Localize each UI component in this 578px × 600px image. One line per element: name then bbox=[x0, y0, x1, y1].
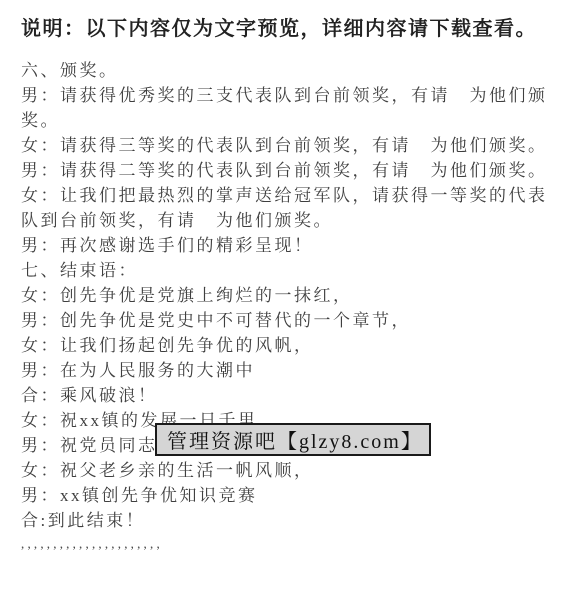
doc-line: 男：创先争优是党史中不可替代的一个章节， bbox=[21, 308, 561, 333]
doc-line: 男：再次感谢选手们的精彩呈现！ bbox=[21, 233, 561, 258]
doc-line: 男：请获得优秀奖的三支代表队到台前领奖，有请 为他们颁 bbox=[21, 83, 561, 108]
doc-line: 合:到此结束！ bbox=[21, 508, 561, 533]
doc-line: 男：请获得二等奖的代表队到台前领奖，有请 为他们颁奖。 bbox=[21, 158, 561, 183]
doc-line: ,,,,,,,,,,,,,,,,,,,,,, bbox=[21, 533, 561, 558]
watermark-text: 管理资源吧【glzy8.com】 bbox=[167, 425, 423, 454]
doc-line: 女：祝父老乡亲的生活一帆风顺， bbox=[21, 458, 561, 483]
document-body: 六、颁奖。男：请获得优秀奖的三支代表队到台前领奖，有请 为他们颁奖。女：请获得三… bbox=[21, 58, 561, 558]
document-preview-page: 说明：以下内容仅为文字预览，详细内容请下载查看。 六、颁奖。男：请获得优秀奖的三… bbox=[0, 0, 578, 600]
watermark-banner: 管理资源吧【glzy8.com】 bbox=[155, 423, 431, 456]
doc-line: 合：乘风破浪！ bbox=[21, 383, 561, 408]
doc-line: 奖。 bbox=[21, 108, 561, 133]
doc-line: 六、颁奖。 bbox=[21, 58, 561, 83]
doc-line: 七、结束语： bbox=[21, 258, 561, 283]
doc-line: 男：在为人民服务的大潮中 bbox=[21, 358, 561, 383]
doc-line: 女：请获得三等奖的代表队到台前领奖，有请 为他们颁奖。 bbox=[21, 133, 561, 158]
doc-line: 男：xx镇创先争优知识竞赛 bbox=[21, 483, 561, 508]
doc-line: 队到台前领奖，有请 为他们颁奖。 bbox=[21, 208, 561, 233]
preview-notice: 说明：以下内容仅为文字预览，详细内容请下载查看。 bbox=[21, 16, 537, 42]
doc-line: 女：创先争优是党旗上绚烂的一抹红， bbox=[21, 283, 561, 308]
doc-line: 女：让我们扬起创先争优的风帆， bbox=[21, 333, 561, 358]
doc-line: 女：让我们把最热烈的掌声送给冠军队，请获得一等奖的代表 bbox=[21, 183, 561, 208]
